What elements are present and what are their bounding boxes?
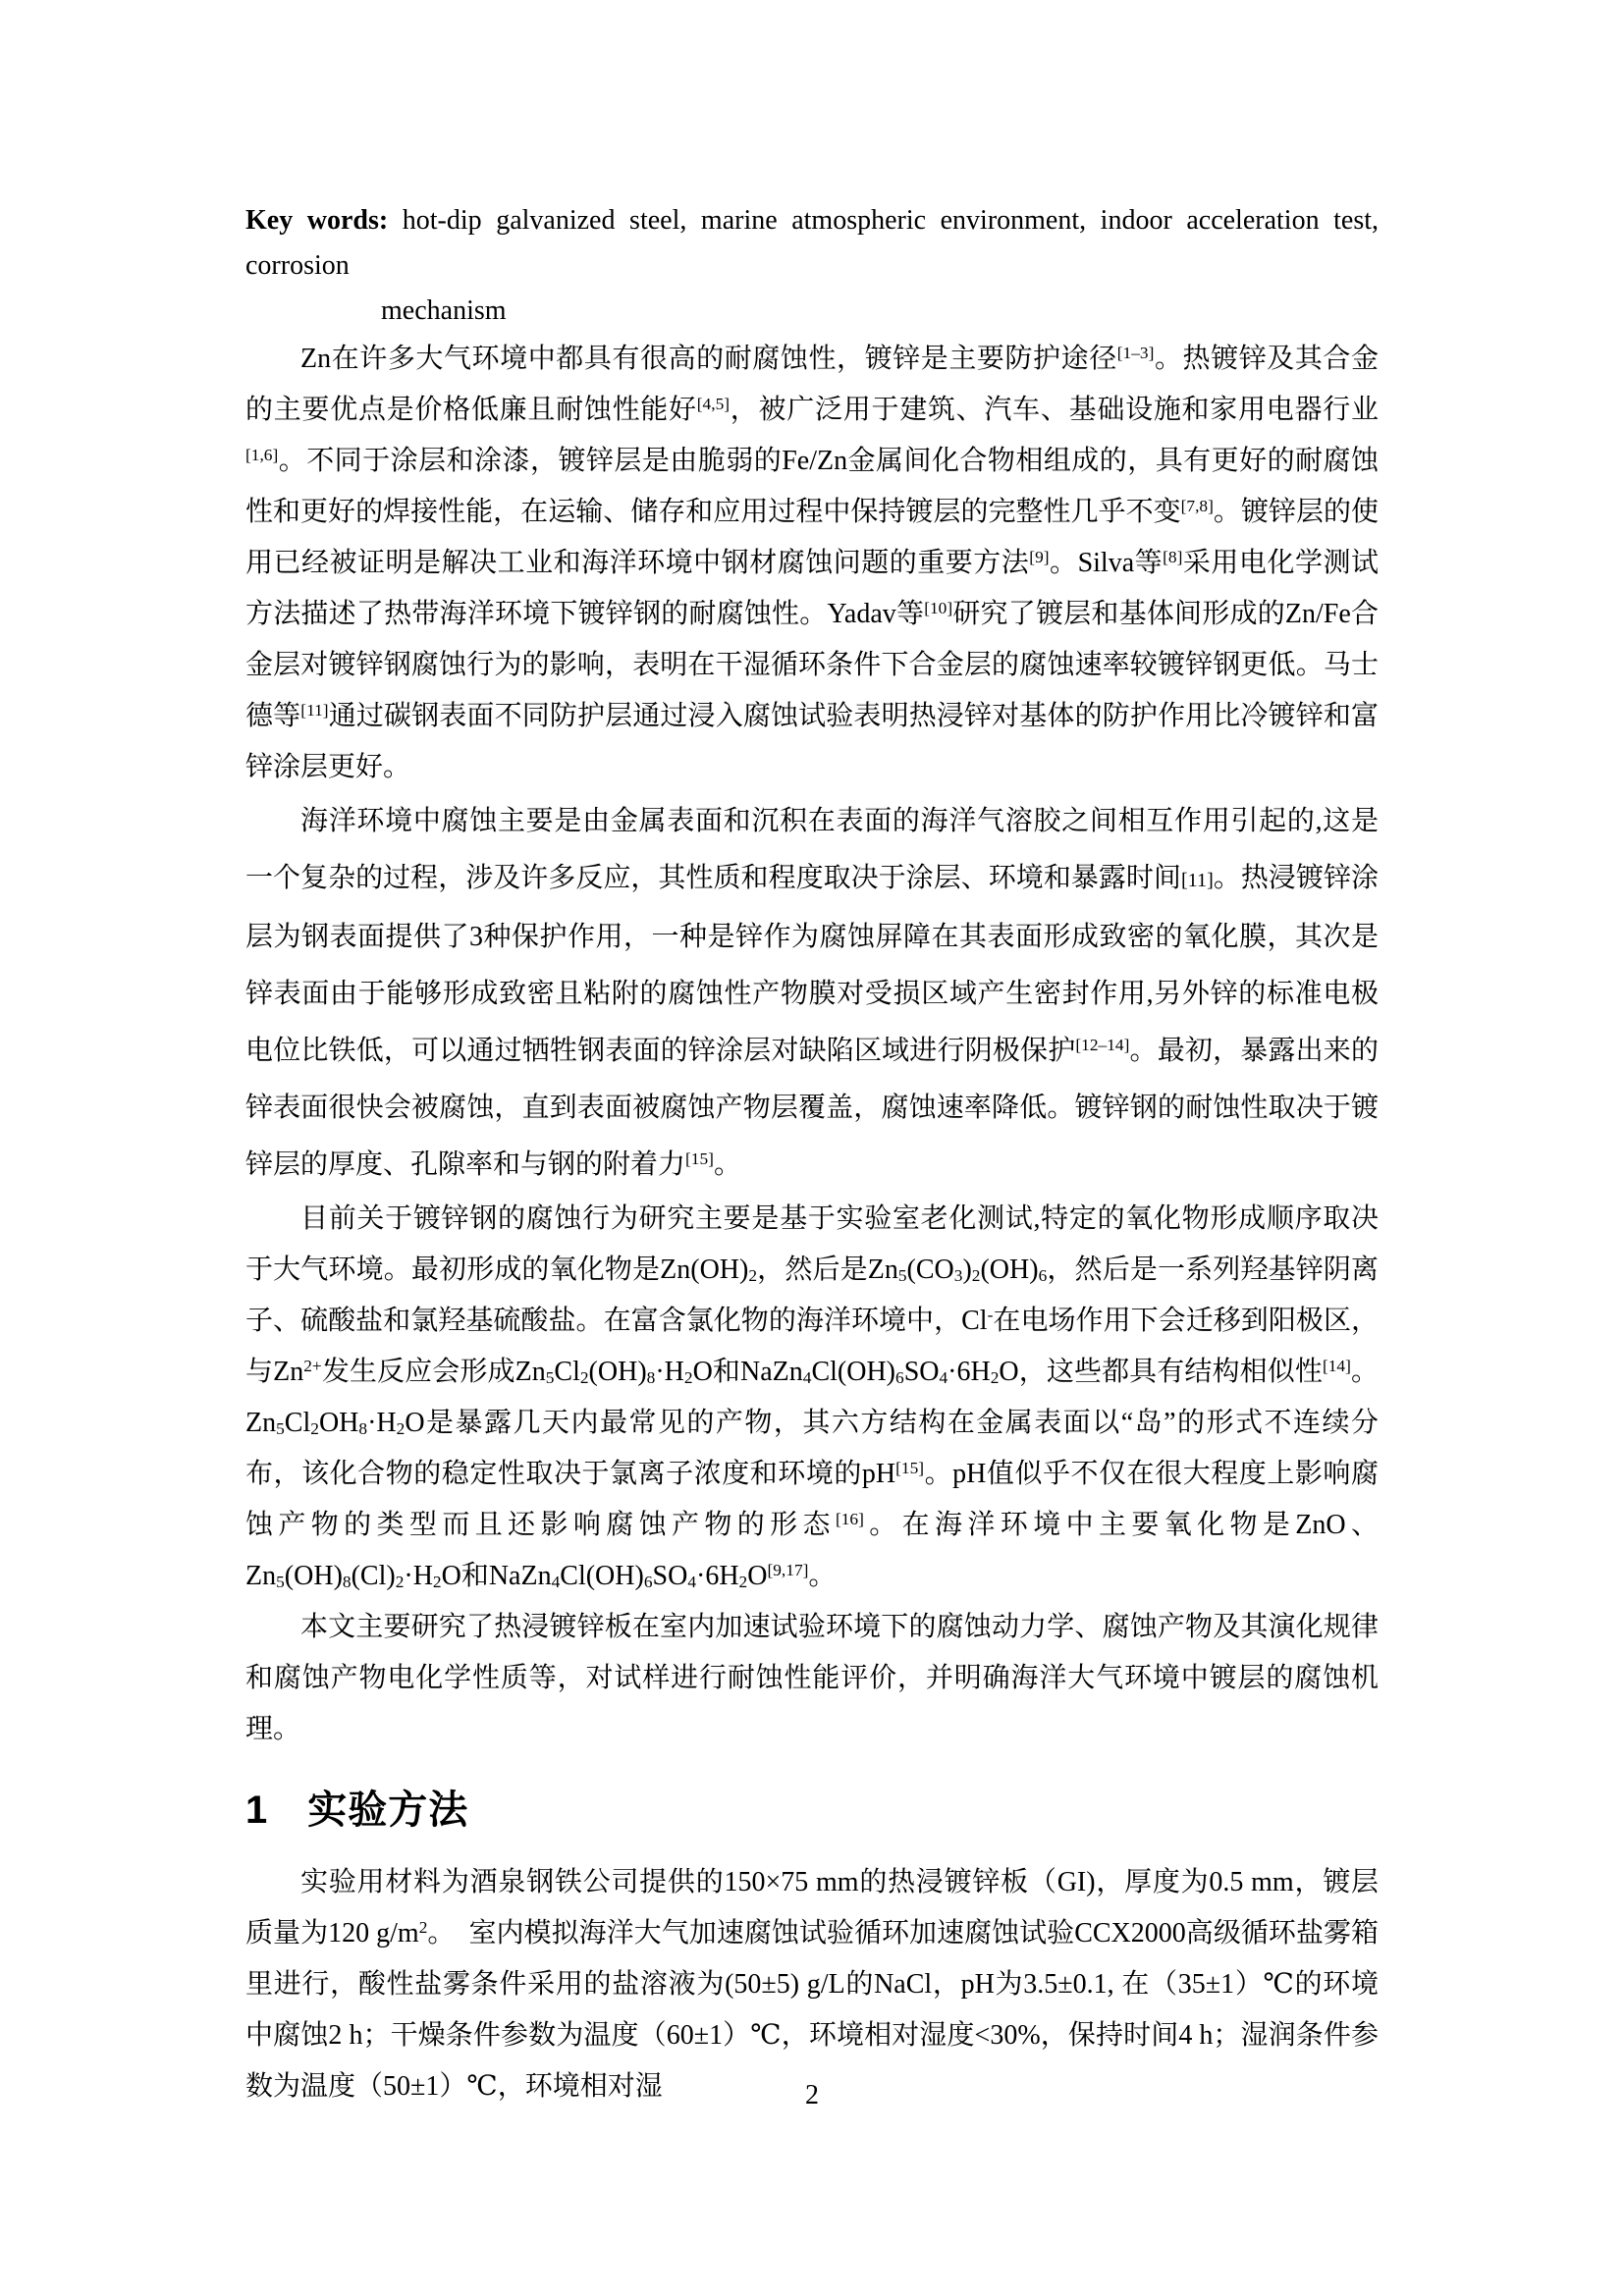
text-run: ·H xyxy=(655,1357,684,1387)
chemical-subscript: 5 xyxy=(276,1419,285,1438)
paragraph: 海洋环境中腐蚀主要是由金属表面和沉积在表面的海洋气溶胶之间相互作用引起的,这是一… xyxy=(245,793,1379,1194)
chemical-subscript: 4 xyxy=(803,1368,812,1387)
text-run: ，然后是Zn xyxy=(757,1255,898,1285)
text-run: 通过碳钢表面不同防护层通过浸入腐蚀试验表明热浸锌对基体的防护作用比冷镀锌和富锌涂… xyxy=(245,701,1379,782)
text-run: O，这些都具有结构相似性 xyxy=(999,1357,1323,1387)
chemical-subscript: 4 xyxy=(939,1368,947,1387)
text-run: (OH) xyxy=(589,1357,647,1387)
citation-superscript: 2+ xyxy=(303,1357,321,1375)
text-run: ·H xyxy=(404,1561,433,1591)
citation-superscript: [11] xyxy=(300,701,328,720)
text-run: ) xyxy=(962,1255,971,1285)
keywords-text: hot-dip galvanized steel, marine atmosph… xyxy=(245,205,1379,281)
chemical-subscript: 5 xyxy=(276,1573,285,1591)
chemical-subscript: 4 xyxy=(552,1573,561,1591)
page-number: 2 xyxy=(0,2079,1624,2112)
citation-superscript: [9,17] xyxy=(767,1561,808,1579)
citation-superscript: [16] xyxy=(836,1510,864,1528)
text-run: 。 xyxy=(714,1149,741,1180)
text-run: O xyxy=(747,1561,767,1591)
citation-superscript: [9] xyxy=(1029,548,1049,566)
paragraph: 实验用材料为酒泉钢铁公司提供的150×75 mm的热浸镀锌板（GI)，厚度为0.… xyxy=(245,1857,1379,2112)
chemical-subscript: 3 xyxy=(954,1266,963,1285)
text-run: ·H xyxy=(367,1408,397,1438)
chemical-subscript: 6 xyxy=(644,1573,653,1591)
text-run: 。Silva等 xyxy=(1050,548,1164,578)
chemical-subscript: 2 xyxy=(433,1573,442,1591)
keywords-line-1: Key words: hot-dip galvanized steel, mar… xyxy=(245,198,1379,289)
chemical-subscript: 5 xyxy=(546,1368,555,1387)
body-paragraphs: Zn在许多大气环境中都具有很高的耐腐蚀性，镀锌是主要防护途径[1–3]。热镀锌及… xyxy=(245,334,1379,1755)
keywords-block: Key words: hot-dip galvanized steel, mar… xyxy=(245,198,1379,334)
section-paragraphs: 实验用材料为酒泉钢铁公司提供的150×75 mm的热浸镀锌板（GI)，厚度为0.… xyxy=(245,1857,1379,2112)
document-page: Key words: hot-dip galvanized steel, mar… xyxy=(0,0,1624,2296)
text-run: 本文主要研究了热浸镀锌板在室内加速试验环境下的腐蚀动力学、腐蚀产物及其演化规律和… xyxy=(245,1612,1379,1744)
chemical-subscript: 2 xyxy=(991,1368,1000,1387)
chemical-subscript: 8 xyxy=(647,1368,656,1387)
keywords-label: Key words: xyxy=(245,205,388,236)
paragraph: Zn在许多大气环境中都具有很高的耐腐蚀性，镀锌是主要防护途径[1–3]。热镀锌及… xyxy=(245,334,1379,793)
text-run: O和NaZn xyxy=(442,1561,552,1591)
citation-superscript: - xyxy=(988,1306,994,1324)
chemical-subscript: 6 xyxy=(1039,1266,1048,1285)
paragraph: 本文主要研究了热浸镀锌板在室内加速试验环境下的腐蚀动力学、腐蚀产物及其演化规律和… xyxy=(245,1602,1379,1755)
text-run: Cl(OH) xyxy=(811,1357,895,1387)
citation-superscript: [1–3] xyxy=(1117,344,1155,362)
chemical-subscript: 2 xyxy=(396,1573,405,1591)
citation-superscript: [15] xyxy=(895,1459,924,1477)
chemical-subscript: 2 xyxy=(310,1419,319,1438)
keywords-line-2: mechanism xyxy=(381,289,1379,334)
paragraph: 目前关于镀锌钢的腐蚀行为研究主要是基于实验室老化测试,特定的氧化物形成顺序取决于… xyxy=(245,1194,1379,1602)
text-run: ·6H xyxy=(696,1561,739,1591)
chemical-subscript: 8 xyxy=(343,1573,352,1591)
citation-superscript: [8] xyxy=(1163,548,1182,566)
citation-superscript: [12–14] xyxy=(1075,1036,1129,1054)
chemical-subscript: 6 xyxy=(895,1368,904,1387)
citation-superscript: [10] xyxy=(924,599,952,617)
citation-superscript: [14] xyxy=(1323,1357,1351,1375)
text-run: Cl(OH) xyxy=(560,1561,644,1591)
chemical-subscript: 2 xyxy=(748,1266,757,1285)
text-run: 发生反应会形成Zn xyxy=(322,1357,546,1387)
text-run: ，被广泛用于建筑、汽车、基础设施和家用电器行业 xyxy=(730,395,1379,425)
text-run: Cl xyxy=(554,1357,579,1387)
chemical-subscript: 2 xyxy=(580,1368,589,1387)
text-run: OH xyxy=(319,1408,358,1438)
text-run: (Cl) xyxy=(352,1561,396,1591)
chemical-subscript: 2 xyxy=(972,1266,981,1285)
chemical-subscript: 5 xyxy=(898,1266,907,1285)
text-run: SO xyxy=(653,1561,688,1591)
citation-superscript: [7,8] xyxy=(1181,497,1214,515)
section-number: 1 xyxy=(245,1789,268,1832)
chemical-subscript: 4 xyxy=(687,1573,696,1591)
chemical-subscript: 2 xyxy=(397,1419,406,1438)
text-run: (OH) xyxy=(980,1255,1038,1285)
text-run: (CO xyxy=(907,1255,954,1285)
text-run: 。 xyxy=(808,1561,836,1591)
text-run: (OH) xyxy=(285,1561,343,1591)
text-run: Cl xyxy=(285,1408,310,1438)
chemical-subscript: 2 xyxy=(739,1573,748,1591)
text-run: ·6H xyxy=(947,1357,991,1387)
citation-inline: [11] xyxy=(1181,870,1214,891)
text-run: SO xyxy=(904,1357,940,1387)
chemical-subscript: 2 xyxy=(684,1368,693,1387)
citation-superscript: [15] xyxy=(685,1149,714,1168)
text-run: Zn在许多大气环境中都具有很高的耐腐蚀性，镀锌是主要防护途径 xyxy=(300,344,1117,374)
citation-superscript: [1,6] xyxy=(245,446,278,464)
text-run: O和NaZn xyxy=(693,1357,803,1387)
citation-superscript: 2 xyxy=(419,1918,428,1937)
chemical-subscript: 8 xyxy=(358,1419,367,1438)
section-heading: 1实验方法 xyxy=(245,1783,1379,1838)
citation-superscript: [4,5] xyxy=(697,395,730,413)
section-title: 实验方法 xyxy=(307,1789,468,1832)
page-content: Key words: hot-dip galvanized steel, mar… xyxy=(245,198,1379,2112)
